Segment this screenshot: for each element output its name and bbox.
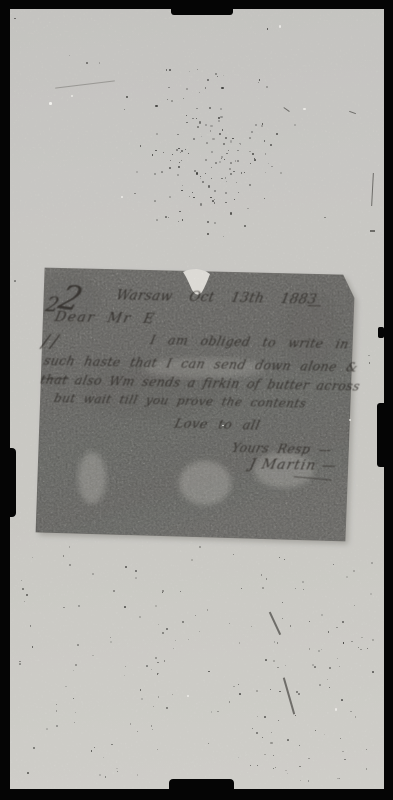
dust-dot <box>308 758 310 760</box>
dust-dot <box>302 581 304 583</box>
dust-dot <box>221 156 223 158</box>
dust-dot <box>220 116 222 118</box>
dust-dot <box>74 722 75 723</box>
dust-dot <box>24 601 25 602</box>
dust-dot <box>339 778 340 779</box>
dust-dot <box>226 153 228 155</box>
dust-dot <box>277 642 278 643</box>
dust-dot <box>155 105 157 107</box>
handwriting-layer: 2 2 Warsaw Oct 13th 1883 — Dear Mr E ∕∕ … <box>0 0 393 800</box>
dust-dot <box>124 606 126 608</box>
dust-dot <box>103 757 104 758</box>
film-scan-frame: 2 2 Warsaw Oct 13th 1883 — Dear Mr E ∕∕ … <box>0 0 393 800</box>
dust-dot <box>221 87 223 89</box>
dust-dot <box>211 151 212 152</box>
dateline: Warsaw Oct 13th 1883 <box>115 288 319 308</box>
body-line: I am obliged to write in <box>149 332 351 351</box>
dust-dot <box>153 706 154 707</box>
dust-dot <box>126 96 127 97</box>
signature: J Martin — <box>248 457 338 475</box>
dust-dot <box>180 152 181 153</box>
dust-dot <box>238 757 239 758</box>
dust-dot <box>230 162 232 164</box>
dust-dot <box>215 162 217 164</box>
dust-dot <box>218 120 219 121</box>
film-notch-bottom <box>169 779 234 800</box>
dust-dot <box>121 196 123 198</box>
dust-dot <box>137 774 138 775</box>
dust-dot <box>274 641 275 642</box>
dust-dot <box>367 648 368 649</box>
dust-dot <box>162 590 164 592</box>
dust-dot <box>257 765 258 766</box>
dust-dot <box>125 566 127 568</box>
dust-dot <box>156 133 158 135</box>
dust-dot <box>178 166 180 168</box>
dust-dot <box>309 648 311 650</box>
dust-dot <box>196 108 197 109</box>
dust-dot <box>234 199 235 200</box>
dust-dot <box>158 673 159 674</box>
dust-dot <box>181 160 182 161</box>
dust-dot <box>135 570 137 572</box>
dust-dot <box>199 121 201 123</box>
dust-dot <box>298 693 300 695</box>
dust-dot <box>188 153 189 154</box>
dust-dot <box>225 137 227 139</box>
dust-dot <box>113 590 115 592</box>
dust-dot <box>168 217 169 218</box>
dust-dot <box>314 666 316 668</box>
dust-dot <box>256 690 257 691</box>
film-mark-right <box>378 327 384 338</box>
dust-dot <box>207 221 209 223</box>
dust-dot <box>86 62 88 64</box>
signature-flourish <box>293 476 331 481</box>
dust-dot <box>22 588 24 590</box>
dust-dot <box>355 716 356 717</box>
dust-dot <box>265 659 267 661</box>
dust-dot <box>173 648 174 649</box>
dust-dot <box>189 196 190 197</box>
dust-dot <box>230 140 232 142</box>
dust-dot <box>273 660 275 662</box>
body-line: but wait till you prove the contents <box>53 391 308 410</box>
dust-dot <box>166 628 168 630</box>
body-line: such haste that I can send down alone & <box>42 353 359 375</box>
dust-dot <box>92 573 94 575</box>
dust-dot <box>264 198 265 199</box>
dust-dot <box>56 725 58 727</box>
dust-dot <box>169 167 171 169</box>
dust-dot <box>333 564 334 565</box>
dust-dot <box>200 178 201 179</box>
dust-dot <box>336 627 338 629</box>
dust-dot <box>207 609 209 611</box>
dust-dot <box>187 695 189 697</box>
dust-dot <box>229 168 231 170</box>
dust-dot <box>284 559 285 560</box>
dust-dot <box>136 171 138 173</box>
dust-dot <box>270 742 272 744</box>
film-notch-top <box>171 0 233 15</box>
dust-dot <box>225 192 227 194</box>
dust-dot <box>99 62 100 63</box>
dust-dot <box>264 716 266 718</box>
dust-dot <box>69 546 70 547</box>
dust-dot <box>254 159 256 161</box>
dust-dot <box>372 671 374 673</box>
dust-dot <box>270 144 272 146</box>
dateline-dash: — <box>306 298 324 314</box>
dust-dot <box>124 109 125 110</box>
dust-dot <box>343 642 344 643</box>
dust-dot <box>224 159 225 160</box>
dust-dot <box>287 773 288 774</box>
closing: Love to all <box>173 417 262 434</box>
dust-dot <box>321 614 323 616</box>
dust-dot <box>69 55 70 56</box>
dust-dot <box>151 725 152 726</box>
dust-dot <box>273 755 274 756</box>
dust-dot <box>27 772 29 774</box>
dust-dot <box>220 108 222 110</box>
dust-dot <box>63 555 64 556</box>
dust-dot <box>186 88 188 90</box>
dust-dot <box>188 639 189 640</box>
white-speck <box>49 102 52 105</box>
salutation: Dear Mr E <box>53 309 157 327</box>
dust-dot <box>223 143 225 145</box>
dust-dot <box>166 707 167 708</box>
dust-dot <box>196 172 198 174</box>
dust-dot <box>139 616 141 618</box>
dust-dot <box>169 196 171 198</box>
body-line: that also Wm sends a firkin of butter ac… <box>39 372 362 394</box>
dust-dot <box>171 100 173 102</box>
dust-dot <box>157 749 158 750</box>
dust-dot <box>168 87 169 88</box>
dust-dot <box>230 212 232 214</box>
dust-dot <box>265 172 266 173</box>
dust-dot <box>254 158 255 159</box>
dust-dot <box>77 644 79 646</box>
signoff: Yours Resp — <box>231 440 334 457</box>
dust-dot <box>196 118 197 119</box>
dust-dot <box>270 689 271 690</box>
stray-pen-marks: ∕∕ <box>40 331 63 352</box>
dust-dot <box>169 69 171 71</box>
dust-dot <box>221 178 222 179</box>
dust-dot <box>295 588 296 589</box>
film-notch-right <box>377 403 393 467</box>
dust-dot <box>251 626 252 627</box>
dust-dot <box>344 759 345 760</box>
dust-dot <box>176 149 178 151</box>
dust-dot <box>318 650 320 652</box>
dust-dot <box>226 181 227 182</box>
dust-dot <box>342 621 344 623</box>
dust-dot <box>71 95 73 97</box>
dust-dot <box>206 142 208 144</box>
dust-dot <box>200 176 201 177</box>
dust-dot <box>177 174 179 176</box>
dust-dot <box>342 751 343 752</box>
dust-dot <box>182 621 183 622</box>
dust-dot <box>30 625 31 626</box>
dust-dot <box>199 546 201 548</box>
dust-dot <box>308 780 309 781</box>
dust-dot <box>194 170 196 172</box>
dust-dot <box>249 137 251 139</box>
dust-dot <box>275 767 276 768</box>
dust-dot <box>199 631 200 632</box>
dust-dot <box>287 739 289 741</box>
dust-dot <box>164 660 165 661</box>
dust-dot <box>202 181 203 182</box>
dust-dot <box>195 615 196 616</box>
dust-dot <box>140 689 142 691</box>
dust-dot <box>212 138 214 140</box>
dust-dot <box>156 219 158 221</box>
dust-dot <box>239 693 241 695</box>
film-notch-left <box>0 448 16 517</box>
dust-dot <box>319 684 321 686</box>
dust-dot <box>249 184 251 186</box>
dust-dot <box>372 639 373 640</box>
dust-dot <box>69 564 71 566</box>
dust-dot <box>146 665 148 667</box>
dust-dot <box>186 115 187 116</box>
dust-dot <box>267 28 269 30</box>
dust-dot <box>233 686 234 687</box>
dust-dot <box>78 605 79 606</box>
dust-dot <box>237 160 239 162</box>
dust-dot <box>46 728 48 730</box>
dust-dot <box>182 185 183 186</box>
dust-dot <box>324 734 325 735</box>
dust-dot <box>152 729 153 730</box>
dust-dot <box>238 192 239 193</box>
dust-dot <box>179 211 180 212</box>
dust-dot <box>277 667 278 668</box>
dust-dot <box>261 125 263 127</box>
dust-dot <box>155 657 157 659</box>
dust-dot <box>155 605 157 607</box>
dust-dot <box>223 75 224 76</box>
dust-dot <box>208 185 210 187</box>
dust-dot <box>294 124 296 126</box>
scratch-mark <box>370 230 375 232</box>
dust-dot <box>329 687 330 688</box>
dust-dot <box>321 649 322 650</box>
dust-dot <box>279 25 281 27</box>
dust-dot <box>285 770 286 771</box>
dust-dot <box>371 562 373 564</box>
